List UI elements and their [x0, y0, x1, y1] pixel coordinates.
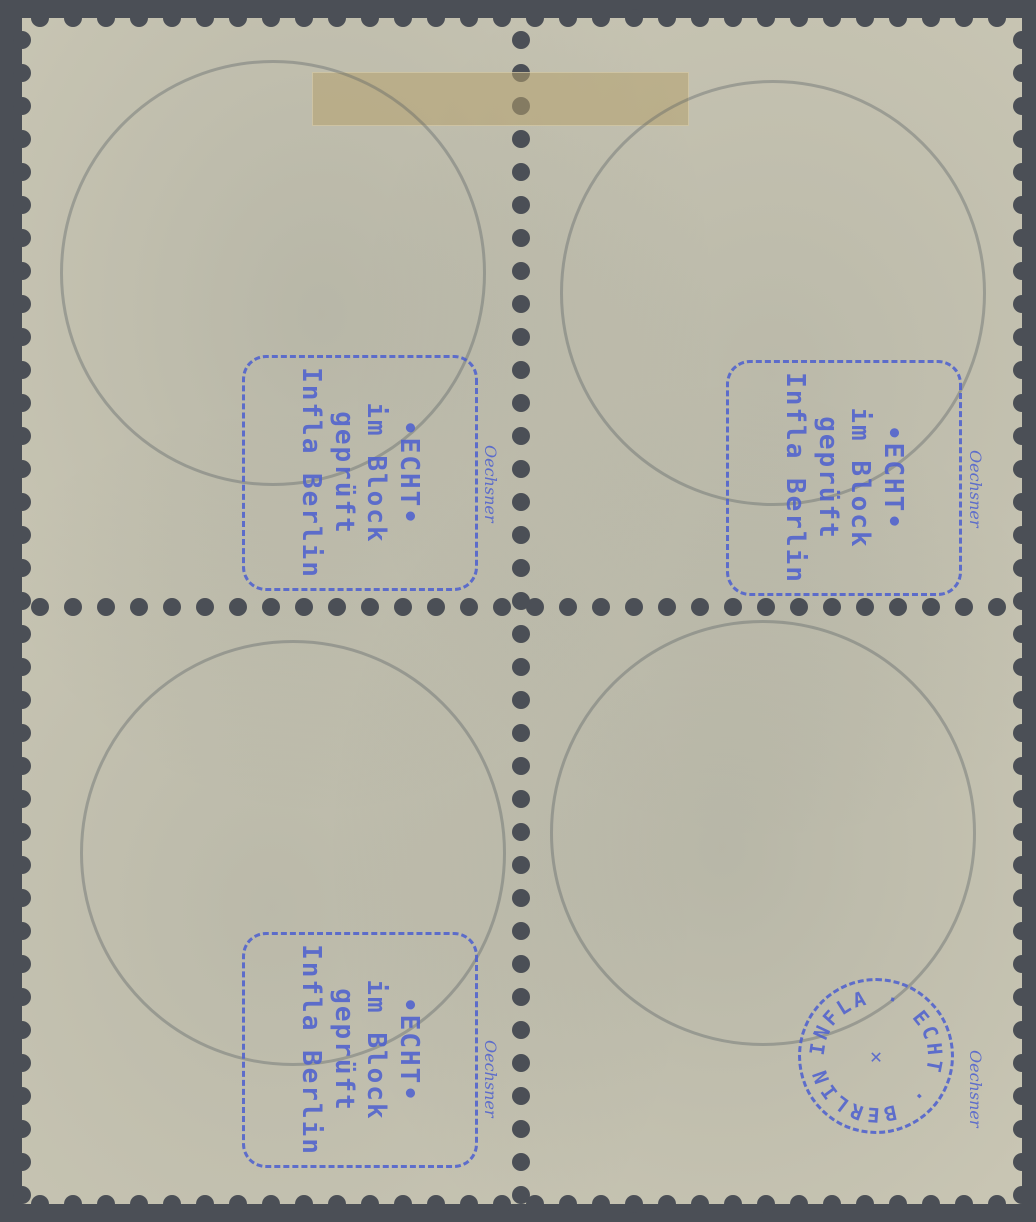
stamp-line: geprüft — [812, 416, 845, 540]
stamp-line: geprüft — [328, 988, 361, 1112]
expert-signature: Oechsner — [481, 1040, 500, 1117]
round-stamp-center: ✕ — [870, 1044, 882, 1068]
stamp-line: •ECHT• — [877, 425, 910, 531]
stamp-line: geprüft — [328, 411, 361, 535]
stamp-line: Infla Berlin — [779, 372, 812, 584]
expert-signature: Oechsner — [481, 445, 500, 522]
stamp-line: •ECHT• — [393, 997, 426, 1103]
expert-box-stamp: •ECHT• im Block geprüft Infla Berlin — [242, 355, 478, 591]
stamp-line: •ECHT• — [393, 420, 426, 526]
expert-box-stamp: •ECHT• im Block geprüft Infla Berlin — [726, 360, 962, 596]
expert-box-stamp: •ECHT• im Block geprüft Infla Berlin — [242, 932, 478, 1168]
stamp-line: im Block — [360, 979, 393, 1120]
stamp-line: Infla Berlin — [295, 367, 328, 579]
expert-signature: Oechsner — [966, 1050, 985, 1127]
expert-round-stamp: INFLA · ECHT · BERLIN ✕ — [798, 978, 954, 1134]
stamp-line: im Block — [844, 407, 877, 548]
stamp-line: Infla Berlin — [295, 944, 328, 1156]
stamp-line: im Block — [360, 402, 393, 543]
expert-signature: Oechsner — [966, 450, 985, 527]
